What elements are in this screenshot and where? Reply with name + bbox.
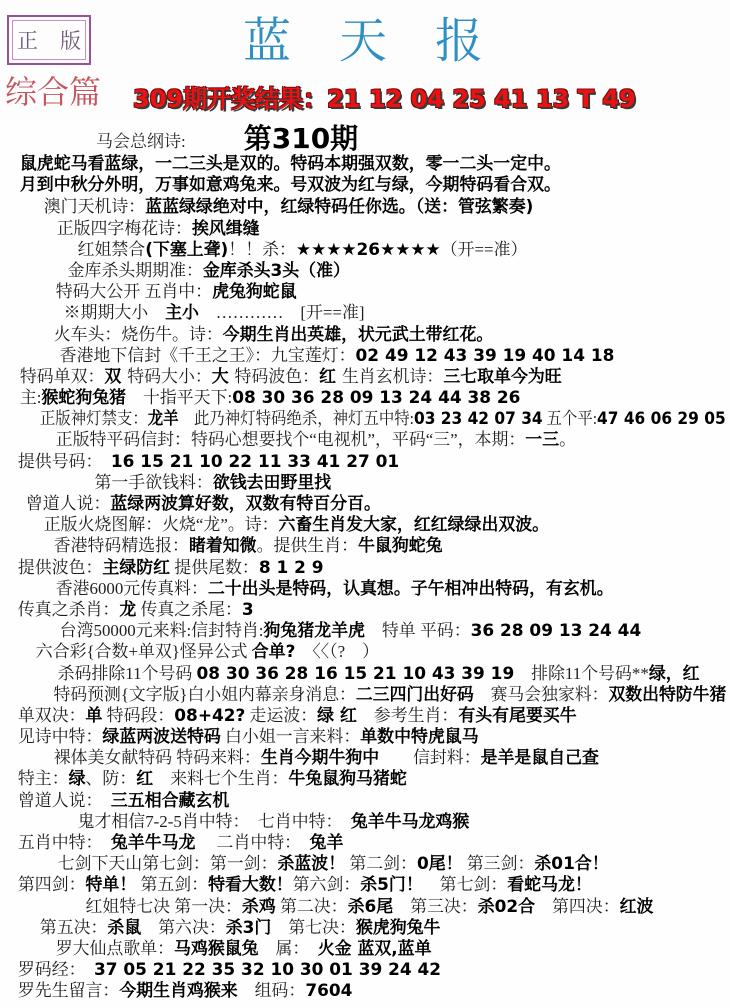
line-label-segment: 七剑下天山第七剑：第一剑： [58,854,278,873]
line-value-segment: 挨风缉缝 [192,219,260,239]
line-label-segment: 单双决： [18,706,86,725]
line-value-segment: 三七取单今为旺 [443,367,561,387]
text-line: 金库杀头期期准：金库杀头3头（准） [0,260,726,281]
line-value-segment: 红 [136,769,153,789]
line-label-segment: 曾道人说： [18,791,111,810]
line-value-segment: 蓝蓝绿绿绝对中，红绿特码任你选。（送：管弦繁奏) [145,197,533,217]
line-value-segment: 生肖今期牛狗中 [261,748,379,768]
line-label-segment: 正版四字梅花诗： [57,219,192,238]
line-label-segment: 香港6000元传真料： [56,579,208,598]
text-line: 裸体美女献特码 特码来料：生肖今期牛狗中 信封料：是羊是鼠自己查 [0,747,726,768]
line-label-segment: 五肖中特： [18,833,111,852]
line-label-segment: 第六剑： [293,875,361,894]
text-line: 杀码排除11个号码 08 30 36 28 16 15 21 10 43 39 … [0,663,726,684]
line-value-segment: 睹着知微 [189,536,257,556]
text-line: 主:猴蛇狗兔猪 十指平天下:08 30 36 28 09 13 24 44 38… [0,387,726,408]
line-label-segment: 赛马会独家料： [474,685,609,704]
line-label-segment: 第一手欲钱料： [94,473,212,492]
text-line: 红姐禁合(下塞上聋)！！杀：★★★★26★★★★（开==准） [0,239,726,260]
line-value-segment: 三五相合藏玄机 [111,791,229,811]
text-line: 正版特平码信封：特码心想要找个“电视机”，平码“三”，本期：一三。 [0,429,726,450]
line-label-segment: 台湾50000元来料:信封特肖: [60,621,264,640]
text-line: 特码预测{文字版}白小姐内幕亲身消息：二三四门出好码 赛马会独家料：双数出特防牛… [0,684,723,705]
line-label-segment: 特码段： [102,706,174,725]
line-label-segment: 五个平: [543,409,597,428]
line-value-segment: 16 15 21 10 22 11 33 41 27 01 [111,452,399,472]
text-line: 台湾50000元来料:信封特肖:狗兔猪龙羊虎 特单 平码：36 28 09 13… [0,620,726,641]
line-value-segment: (下塞上聋) [145,240,228,260]
line-label-segment: 参考生肖： [357,706,458,725]
text-line: 红姐特七决 第一决：杀鸡 第二决：杀6尾 第三决：杀02合 第四决：红波 [0,896,726,917]
line-label-segment: 特主： [18,769,69,788]
line-value-segment: 47 46 06 29 05 [597,409,726,429]
line-value-segment: 看蛇马龙！ [507,875,592,895]
general-poem-label: 马会总纲诗: [96,130,186,154]
line-label-segment: 第二决： [276,897,348,916]
line-label-segment: ※期期大小 [64,303,165,322]
line-value-segment: 08 30 36 28 09 13 24 44 38 26 [232,388,520,408]
text-line: 罗码经： 37 05 21 22 35 32 10 30 01 39 24 42 [0,959,726,980]
line-value-segment: 单数中特虎鼠马 [360,727,478,747]
text-line: 罗先生留言：今期生肖鸡猴来 组码：7604 [0,980,726,1001]
text-line: 鬼才相信7-2-5肖中特： 七肖中特： 兔羊牛马龙鸡猴 [0,811,726,832]
text-line: 正版神灯禁支：龙羊 此乃神灯特码绝杀，神灯五中特:03 23 42 07 34 … [0,408,662,429]
line-label-segment: 传真之杀肖： [18,600,119,619]
text-line: 曾道人说：蓝绿两波算好数，双数有特百分百。 [0,493,726,514]
line-label-segment: 第六决： [141,918,226,937]
line-value-segment: 鼠虎蛇马看蓝绿，一二三头是双的。特码本期强双数，零一二头一定中。 [20,154,561,174]
line-value-segment: 主小 [165,303,199,323]
line-label-segment: 罗大仙点歌单： [56,939,174,958]
line-label-segment: 白小姐一言来料： [221,727,360,746]
text-line: 第一手欲钱料：欲钱去田野里找 [0,472,726,493]
masthead-header: 正版 蓝天报 综合篇 309期开奖结果：21 12 04 25 41 13 T … [0,0,730,118]
line-label-segment: 提供波色： [18,558,103,577]
line-value-segment: 今期生肖出英雄，状元武土带红花。 [223,325,494,345]
line-label-segment: 火车头：烧伤牛。诗： [54,325,223,344]
badge-label: 正版 [0,25,103,55]
line-value-segment: 特看大数！ [208,875,293,895]
line-label-segment: 第三剑： [463,854,535,873]
line-label-segment: 〈〈（? ） [295,642,379,661]
line-label-segment: 二肖中特： [195,833,309,852]
line-label-segment: 特码波色： [235,367,320,386]
line-value-segment: 杀鼠 [107,918,141,938]
line-label-segment: 六合彩{合数+单双}怪异公式 [36,642,252,661]
line-value-segment: 兔羊牛马龙 [111,833,196,853]
line-value-segment: 单 [86,706,103,726]
line-label-segment: 第七剑： [423,875,508,894]
line-label-segment: 主: [20,388,42,407]
line-label-segment: 金库杀头期期准： [68,261,203,280]
line-label-segment: 属： [259,939,318,958]
line-label-segment: 。提供生肖： [257,536,358,555]
line-label-segment: 曾道人说： [26,494,111,513]
line-label-segment: 生肖玄机诗： [342,367,443,386]
line-label-segment: 红姐禁合 [78,240,146,259]
line-value-segment: 0尾！ [417,854,463,874]
text-line: 特码大公开 五肖中：虎兔狗蛇鼠 [0,281,726,302]
text-line: 提供波色：主绿防红 提供尾数：8 1 2 9 [0,557,726,578]
line-label-segment: 正版特平码信封：特码心想要找个“电视机”，平码“三”，本期： [56,430,526,449]
line-value-segment: 马鸡猴鼠兔 [174,939,259,959]
text-line: 第五决：杀鼠 第六决：杀3门 第七决：猴虎狗兔牛 [0,917,726,938]
line-label-segment: 。 [559,430,576,449]
line-value-segment: 杀3门 [226,918,272,938]
text-line: ※期期大小 主小 ………… [开==准] [0,302,726,323]
line-value-segment: 狗兔猪龙羊虎 [264,621,365,641]
text-line: 正版火烧图解：火烧“龙”。诗：六畜生肖发大家，红红绿绿出双波。 [0,514,726,535]
line-value-segment: 龙羊 [148,409,179,429]
line-value-segment: 8 1 2 9 [259,558,324,578]
text-line: 鼠虎蛇马看蓝绿，一二三头是双的。特码本期强双数，零一二头一定中。 [0,154,726,175]
line-label-segment: ！！杀： [228,240,296,259]
line-value-segment: 一三 [525,430,559,450]
text-line: 特主：绿、防：红 来料七个生肖：牛兔鼠狗马猪蛇 [0,768,726,789]
line-value-segment: 绿 [69,769,86,789]
line-value-segment: 特单！ [86,875,137,895]
line-value-segment: 7604 [305,981,352,1001]
line-value-segment: 杀5门！ [360,875,422,895]
authentic-edition-badge: 正版 [7,15,91,65]
line-value-segment: 龙 [119,600,136,620]
line-value-segment: 欲钱去田野里找 [213,473,331,493]
line-value-segment: 猴虎狗兔牛 [356,918,441,938]
line-label-segment: 特码预测{文字版}白小姐内幕亲身消息： [53,685,355,704]
text-line: 正版四字梅花诗：挨风缉缝 [0,218,726,239]
line-label-segment: 特码单双： [20,367,105,386]
line-label-segment: 传真之杀尾： [136,600,242,619]
newspaper-title: 蓝天报 [243,14,531,70]
line-value-segment: 03 23 42 07 34 [414,409,543,429]
line-label-segment: 此乃神灯特码绝杀，神灯五中特: [179,409,414,428]
text-line: 传真之杀肖：龙 传真之杀尾：3 [0,599,726,620]
line-value-segment: 二三四门出好码 [356,685,474,705]
line-label-segment: ………… [开==准] [199,303,365,322]
line-label-segment: 第四剑： [18,875,86,894]
line-label-segment: 罗码经： [18,960,94,979]
line-label-segment: 信封料： [379,748,480,767]
line-label-segment: 、防： [86,769,137,788]
line-value-segment: 虎兔狗蛇鼠 [212,282,297,302]
edition-label: 综合篇 [5,73,101,111]
text-line: 提供号码： 16 15 21 10 22 11 33 41 27 01 [0,451,726,472]
line-label-segment: 鬼才相信7-2-5肖中特： 七肖中特： [78,812,351,831]
line-value-segment: 今期生肖鸡猴来 [119,981,237,1001]
line-label-segment: 正版火烧图解：火烧“龙”。诗： [44,515,279,534]
line-label-segment: 走运波： [245,706,317,725]
text-line: 五肖中特： 兔羊牛马龙 二肖中特： 兔羊 [0,832,726,853]
line-label-segment: 排除11个号码** [514,664,649,683]
line-value-segment: 兔羊牛马龙鸡猴 [351,812,469,832]
text-line: 六合彩{合数+单双}怪异公式 合单? 〈〈（? ） [0,641,726,662]
line-value-segment: 绿 红 [317,706,357,726]
line-value-segment: 杀鸡 [242,897,276,917]
line-value-segment: 双 [104,367,127,387]
line-value-segment: 3 [242,600,254,620]
line-label-segment: 第五决： [40,918,108,937]
line-value-segment: 红 [319,367,342,387]
line-value-segment: 火金 蓝双,蓝单 [318,939,432,959]
text-line: 第四剑：特单！ 第五剑：特看大数！第六剑：杀5门！ 第七剑：看蛇马龙！ [0,874,726,895]
text-line: 曾道人说： 三五相合藏玄机 [0,790,726,811]
line-label-segment: 提供尾数： [170,558,259,577]
line-value-segment: 有头有尾要买牛 [458,706,576,726]
line-label-segment: 见诗中特： [18,727,103,746]
line-value-segment: 37 05 21 22 35 32 10 30 01 39 24 42 [94,960,441,980]
line-value-segment: 红波 [620,897,654,917]
line-value-segment: 猴蛇狗兔猪 [42,388,127,408]
line-label-segment: 来料七个生肖： [153,769,288,788]
line-label-segment: 红姐特七决 第一决： [86,897,242,916]
line-label-segment: 组码： [238,981,306,1000]
text-line: 火车头：烧伤牛。诗：今期生肖出英雄，状元武土带红花。 [0,324,726,345]
text-line: 罗大仙点歌单：马鸡猴鼠兔 属： 火金 蓝双,蓝单 [0,938,726,959]
line-value-segment: 杀02合 [478,897,535,917]
line-label-segment: 澳门天机诗： [44,197,145,216]
text-line: 单双决：单 特码段：08+42? 走运波：绿 红 参考生肖：有头有尾要买牛 [0,705,726,726]
issue-number: 第310期 [244,124,358,154]
line-value-segment: 08 30 36 28 16 15 21 10 43 39 19 [197,664,515,684]
newspaper-page: { "header": { "badge": "正版", "title": "蓝… [0,0,730,1008]
line-label-segment: 正版神灯禁支： [40,409,148,428]
line-value-segment: 02 49 12 43 39 19 40 14 18 [356,346,615,366]
issue-heading-row: 马会总纲诗: 第310期 [0,118,730,154]
line-value-segment: 杀蓝波！ [277,854,345,874]
line-label-segment: 香港特码精选报： [54,536,189,555]
line-label-segment: 十指平天下: [126,388,232,407]
text-line: 月到中秋分外明，万事如意鸡兔来。号双波为红与绿，今期特码看合双。 [0,175,726,196]
tips-text-block: 鼠虎蛇马看蓝绿，一二三头是双的。特码本期强双数，零一二头一定中。月到中秋分外明，… [0,154,730,1002]
line-value-segment: 金库杀头3头（准） [203,261,350,281]
line-value-segment: 牛鼠狗蛇兔 [358,536,443,556]
line-label-segment: 第七决： [271,918,356,937]
line-value-segment: 绿蓝两波送特码 [102,727,220,747]
line-value-segment: 牛兔鼠狗马猪蛇 [288,769,406,789]
line-value-segment: 36 28 09 13 24 44 [471,621,642,641]
text-line: 香港特码精选报：睹着知微。提供生肖：牛鼠狗蛇兔 [0,535,726,556]
line-value-segment: 杀01合！ [534,854,608,874]
line-label-segment: （开==准） [441,240,528,259]
line-value-segment: 合单? [252,642,296,662]
line-value-segment: 六畜生肖发大家，红红绿绿出双波。 [279,515,550,535]
line-label-segment: 香港地下信封《千王之王》：九宝莲灯： [60,346,356,365]
text-line: 七剑下天山第七剑：第一剑：杀蓝波！ 第二剑：0尾！ 第三剑：杀01合！ [0,853,726,874]
text-line: 澳门天机诗：蓝蓝绿绿绝对中，红绿特码任你选。（送：管弦繁奏) [0,196,726,217]
line-value-segment: 兔羊 [310,833,344,853]
line-label-segment: 第三决： [393,897,478,916]
line-label-segment: 第四决： [535,897,620,916]
line-value-segment: 主绿防红 [102,558,170,578]
line-label-segment: 第五剑： [136,875,208,894]
line-value-segment: 大 [212,367,235,387]
line-label-segment: 罗先生留言： [18,981,119,1000]
text-line: 香港6000元传真料：二十出头是特码，认真想。子午相冲出特码，有玄机。 [0,578,726,599]
line-value-segment: 绿，红 [649,664,700,684]
line-label-segment: 特码大小： [127,367,212,386]
text-line: 见诗中特：绿蓝两波送特码 白小姐一言来料：单数中特虎鼠马 [0,726,726,747]
line-value-segment: 月到中秋分外明，万事如意鸡兔来。号双波为红与绿，今期特码看合双。 [20,175,561,195]
previous-draw-result: 309期开奖结果：21 12 04 25 41 13 T 49 [133,79,636,114]
line-value-segment: 杀6尾 [348,897,394,917]
line-value-segment: ★★★★26★★★★ [296,240,441,260]
line-value-segment: 蓝绿两波算好数，双数有特百分百。 [110,494,381,514]
line-value-segment: 二十出头是特码，认真想。子午相冲出特码，有玄机。 [208,579,614,599]
text-line: 特码单双：双 特码大小：大 特码波色：红 生肖玄机诗：三七取单今为旺 [0,366,726,387]
line-label-segment: 特码大公开 五肖中： [56,282,212,301]
line-label-segment: 第二剑： [345,854,417,873]
line-value-segment: 是羊是鼠自己查 [481,748,599,768]
line-value-segment: 08+42? [174,706,245,726]
line-label-segment: 杀码排除11个号码 [58,664,197,683]
line-label-segment: 裸体美女献特码 特码来料： [54,748,261,767]
line-label-segment: 提供号码： [18,452,111,471]
text-line: 香港地下信封《千王之王》：九宝莲灯：02 49 12 43 39 19 40 1… [0,345,726,366]
line-value-segment: 双数出特防牛猪 [608,685,726,705]
line-label-segment: 特单 平码： [365,621,471,640]
